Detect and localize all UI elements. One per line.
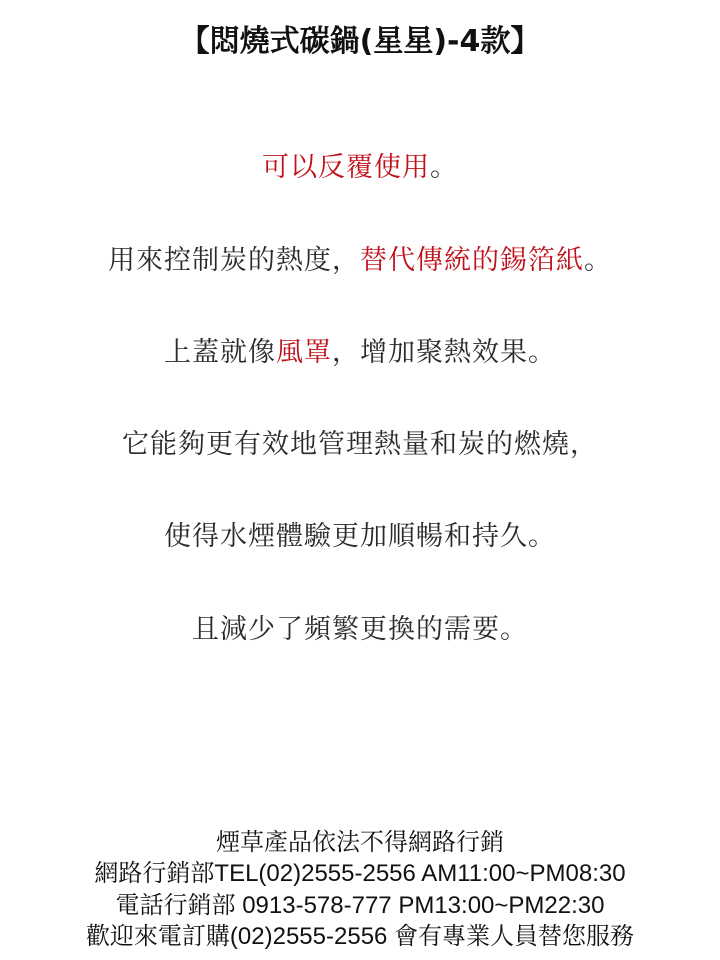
- plain-text: 使得水煙體驗更加順暢和持久。: [164, 521, 556, 552]
- phone-sales-contact: 電話行銷部 0913-578-777 PM13:00~PM22:30: [0, 891, 720, 921]
- plain-text: 。: [584, 245, 612, 276]
- plain-text: ，增加聚熱效果。: [332, 337, 556, 368]
- online-sales-contact: 網路行銷部TEL(02)2555-2556 AM11:00~PM08:30: [0, 859, 720, 889]
- description-line-windshield: 上蓋就像風罩，增加聚熱效果。: [0, 330, 720, 369]
- highlight-text: 風罩: [276, 337, 332, 368]
- order-info: 歡迎來電訂購(02)2555-2556 會有專業人員替您服務: [0, 922, 720, 952]
- description-line-less-replacement: 且減少了頻繁更換的需要。: [0, 607, 720, 646]
- plain-text: 。: [430, 152, 458, 183]
- description-line-experience: 使得水煙體驗更加順暢和持久。: [0, 514, 720, 553]
- plain-text: 上蓋就像: [164, 337, 276, 368]
- highlight-text: 替代傳統的錫箔紙: [360, 245, 584, 276]
- product-title: 【悶燒式碳鍋(星星)-4款】: [0, 16, 720, 60]
- description-line-reusable: 可以反覆使用。: [0, 145, 720, 184]
- highlight-text: 可以反覆使用: [262, 152, 430, 183]
- plain-text: 它能夠更有效地管理熱量和炭的燃燒，: [122, 429, 598, 460]
- plain-text: 用來控制炭的熱度，: [108, 245, 360, 276]
- description-line-heat-management: 它能夠更有效地管理熱量和炭的燃燒，: [0, 422, 720, 461]
- legal-notice: 煙草產品依法不得網路行銷: [0, 828, 720, 858]
- plain-text: 且減少了頻繁更換的需要。: [192, 614, 528, 645]
- description-line-heat-control: 用來控制炭的熱度，替代傳統的錫箔紙。: [0, 238, 720, 277]
